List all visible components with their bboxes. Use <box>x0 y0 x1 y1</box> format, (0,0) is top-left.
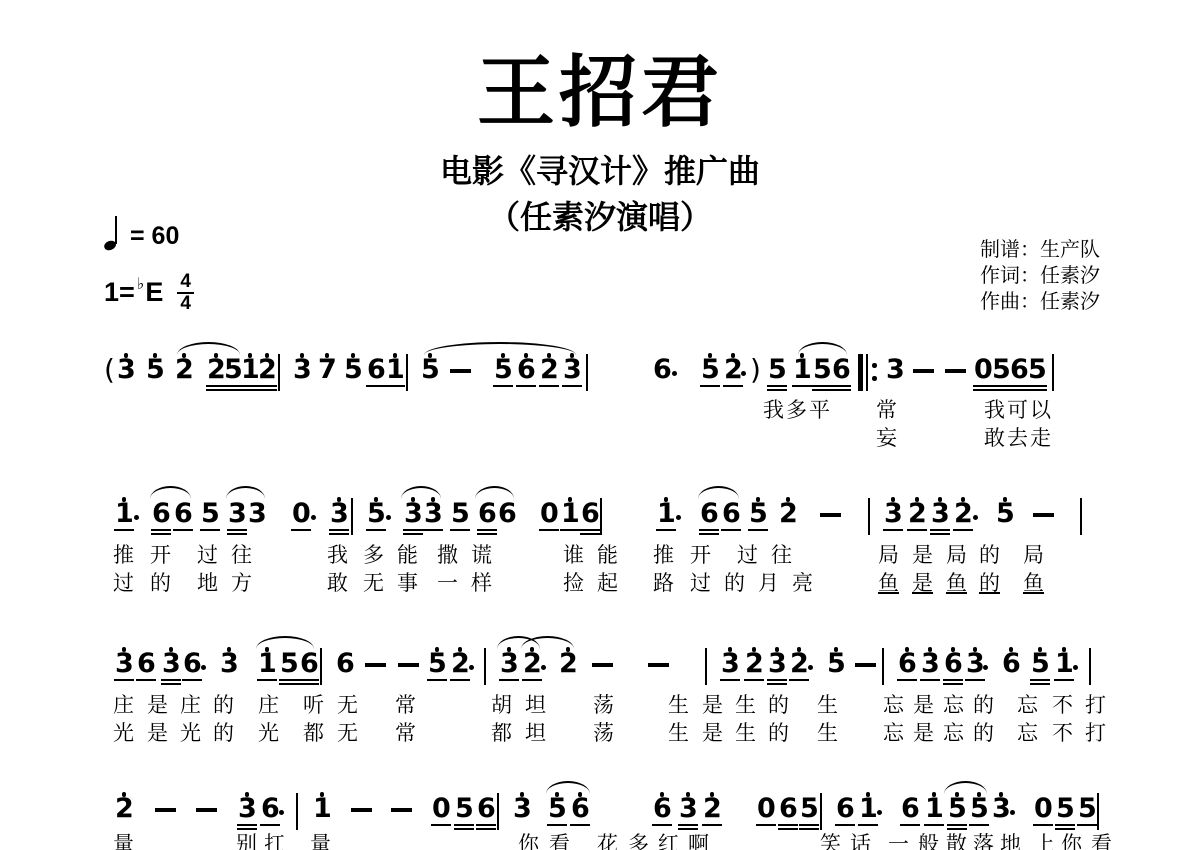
lyric-syllable: 都 <box>303 721 324 746</box>
barline <box>278 354 280 391</box>
lyric-syllable: 地 <box>1000 832 1021 850</box>
dash-note-extension <box>913 369 934 373</box>
augmentation-dot <box>741 371 746 376</box>
barline <box>882 648 884 685</box>
note-5: 5 <box>455 795 472 822</box>
note-2-high: 2 <box>790 650 807 677</box>
note-5-high: 5 <box>344 356 361 383</box>
barline <box>586 354 588 391</box>
augmentation-dot <box>201 665 206 670</box>
lyric-syllable: 往 <box>771 543 792 568</box>
score: (35225123756155623652)515630565我多平常我可以妄敢… <box>0 0 1200 850</box>
parenthesis: ) <box>750 356 760 384</box>
note-5-high: 5 <box>996 500 1013 527</box>
note-6-high: 6 <box>517 356 534 383</box>
lyric-syllable: 笑 <box>820 832 841 850</box>
barline <box>705 648 707 685</box>
barline <box>351 498 353 535</box>
note-5: 5 <box>224 356 241 383</box>
dash-note-extension <box>398 663 419 667</box>
note-5-high: 5 <box>827 650 844 677</box>
barline <box>600 498 602 535</box>
lyric-syllable: 敢 <box>327 571 348 596</box>
lyric-syllable: 话 <box>850 832 871 850</box>
note-6: 6 <box>300 650 317 677</box>
lyric-syllable: 别 <box>236 832 257 850</box>
lyric-syllable: 忘 <box>1017 721 1038 746</box>
lyric-syllable: 的 <box>979 571 1000 596</box>
note-1-high: 1 <box>241 356 258 383</box>
rest-0: 0 <box>540 500 557 527</box>
lyric-syllable: 是 <box>147 721 168 746</box>
lyric-syllable: 鱼 <box>946 571 967 596</box>
lyric-syllable: 的 <box>973 693 994 718</box>
lyric-syllable: 忘 <box>883 721 904 746</box>
note-6-high: 6 <box>898 650 915 677</box>
lyric-syllable: 多 <box>786 398 807 423</box>
lyric-syllable: 可 <box>1007 398 1028 423</box>
note-3-high: 3 <box>115 650 132 677</box>
lyric-syllable: 一 <box>888 832 909 850</box>
note-1-high: 1 <box>925 795 942 822</box>
note-5-high: 5 <box>749 500 766 527</box>
slur-arc <box>150 486 191 499</box>
lyric-syllable: 妄 <box>876 426 897 451</box>
note-6-high: 6 <box>653 795 670 822</box>
note-2-high: 2 <box>908 500 925 527</box>
note-5: 5 <box>992 356 1009 383</box>
barline <box>868 498 870 535</box>
note-3-high: 3 <box>238 795 255 822</box>
augmentation-dot <box>469 665 474 670</box>
note-3-high: 3 <box>966 650 983 677</box>
lyric-syllable: 往 <box>231 543 252 568</box>
note-3-high: 3 <box>992 795 1009 822</box>
lyric-syllable: 庄 <box>258 693 279 718</box>
rest-0: 0 <box>757 795 774 822</box>
note-5-high: 5 <box>421 356 438 383</box>
lyric-syllable: 无 <box>363 571 384 596</box>
barline <box>320 648 322 685</box>
note-2-high: 2 <box>745 650 762 677</box>
note-6: 6 <box>1010 356 1027 383</box>
note-3-high: 3 <box>921 650 938 677</box>
lyric-syllable: 忘 <box>1017 693 1038 718</box>
dash-note-extension <box>450 369 471 373</box>
lyric-syllable: 的 <box>724 571 745 596</box>
parenthesis: ( <box>104 356 114 384</box>
note-6-high: 6 <box>1002 650 1019 677</box>
note-2-high: 2 <box>703 795 720 822</box>
rest-0: 0 <box>1034 795 1051 822</box>
lyric-syllable: 光 <box>180 721 201 746</box>
lyric-syllable: 鱼 <box>1023 571 1044 596</box>
note-5: 5 <box>768 356 785 383</box>
lyric-syllable: 散 <box>946 832 967 850</box>
lyric-syllable: 的 <box>768 693 789 718</box>
note-6: 6 <box>836 795 853 822</box>
slur-arc <box>944 781 987 794</box>
note-3-high: 3 <box>117 356 134 383</box>
lyric-syllable: 生 <box>735 721 756 746</box>
barline <box>820 793 822 830</box>
note-6: 6 <box>700 500 717 527</box>
slur-arc <box>226 486 265 499</box>
lyric-syllable: 鱼 <box>878 571 899 596</box>
slur-arc <box>475 486 514 499</box>
note-6: 6 <box>336 650 353 677</box>
lyric-syllable: 你 <box>518 832 539 850</box>
dash-note-extension <box>365 663 386 667</box>
dash-note-extension <box>391 808 412 812</box>
barline <box>406 354 408 391</box>
slur-arc <box>546 781 590 794</box>
barline <box>1089 648 1091 685</box>
barline <box>484 648 486 685</box>
note-5: 5 <box>1028 356 1045 383</box>
slur-arc <box>177 342 240 355</box>
augmentation-dot <box>311 515 316 520</box>
dash-note-extension <box>945 369 966 373</box>
lyric-syllable: 的 <box>973 721 994 746</box>
augmentation-dot <box>808 665 813 670</box>
lyric-syllable: 走 <box>1030 426 1051 451</box>
lyric-syllable: 是 <box>702 721 723 746</box>
augmentation-dot <box>973 515 978 520</box>
note-5-high: 5 <box>367 500 384 527</box>
lyric-syllable: 上 <box>1034 832 1055 850</box>
note-2-high: 2 <box>540 356 557 383</box>
note-1-high: 1 <box>1055 650 1072 677</box>
lyric-syllable: 能 <box>597 543 618 568</box>
note-6: 6 <box>832 356 849 383</box>
note-3-high: 3 <box>768 650 785 677</box>
lyric-syllable: 平 <box>809 398 830 423</box>
augmentation-dot <box>279 810 284 815</box>
lyric-syllable: 多 <box>363 543 384 568</box>
note-2-high: 2 <box>451 650 468 677</box>
lyric-syllable: 落 <box>973 832 994 850</box>
note-6: 6 <box>779 795 796 822</box>
lyric-syllable: 过 <box>113 571 134 596</box>
lyric-syllable: 亮 <box>792 571 813 596</box>
repeat-begin-barline <box>858 354 878 391</box>
note-3-high: 3 <box>721 650 738 677</box>
lyric-syllable: 不 <box>1052 721 1073 746</box>
lyric-syllable: 路 <box>653 571 674 596</box>
lyric-syllable: 都 <box>491 721 512 746</box>
note-3-high: 3 <box>220 650 237 677</box>
lyric-syllable: 看 <box>549 832 570 850</box>
lyric-syllable: 打 <box>1085 721 1106 746</box>
lyric-syllable: 月 <box>758 571 779 596</box>
lyric-syllable: 啊 <box>688 832 709 850</box>
lyric-syllable: 光 <box>258 721 279 746</box>
note-3-high: 3 <box>884 500 901 527</box>
lyric-syllable: 事 <box>397 571 418 596</box>
note-1-high: 1 <box>258 650 275 677</box>
lyric-syllable: 是 <box>147 693 168 718</box>
note-6: 6 <box>901 795 918 822</box>
lyric-syllable: 看 <box>1091 832 1112 850</box>
note-2-high: 2 <box>779 500 796 527</box>
lyric-syllable: 庄 <box>180 693 201 718</box>
lyric-syllable: 是 <box>702 693 723 718</box>
lyric-syllable: 量 <box>113 832 134 850</box>
slur-arc <box>424 342 576 355</box>
note-3-high: 3 <box>931 500 948 527</box>
note-6: 6 <box>581 500 598 527</box>
note-1-high: 1 <box>115 500 132 527</box>
lyric-syllable: 听 <box>303 693 324 718</box>
lyric-syllable: 量 <box>310 832 331 850</box>
note-5-high: 5 <box>146 356 163 383</box>
augmentation-dot <box>541 665 546 670</box>
lyric-syllable: 去 <box>1007 426 1028 451</box>
note-1-high: 1 <box>386 356 403 383</box>
augmentation-dot <box>134 515 139 520</box>
barline <box>497 793 499 830</box>
note-1-high: 1 <box>859 795 876 822</box>
note-3: 3 <box>228 500 245 527</box>
lyric-syllable: 推 <box>113 543 134 568</box>
slur-arc <box>698 486 739 499</box>
note-5: 5 <box>813 356 830 383</box>
note-2-high: 2 <box>115 795 132 822</box>
note-3-high: 3 <box>563 356 580 383</box>
lyric-syllable: 我 <box>984 398 1005 423</box>
note-5-high: 5 <box>1031 650 1048 677</box>
lyric-syllable: 过 <box>690 571 711 596</box>
note-5-high: 5 <box>970 795 987 822</box>
lyric-syllable: 撒 <box>437 543 458 568</box>
lyric-syllable: 常 <box>395 693 416 718</box>
note-3-high: 3 <box>330 500 347 527</box>
note-6: 6 <box>137 650 154 677</box>
lyric-syllable: 局 <box>878 543 899 568</box>
slur-arc <box>256 636 314 649</box>
lyric-syllable: 胡 <box>491 693 512 718</box>
note-6: 6 <box>653 356 670 383</box>
note-6-high: 6 <box>571 795 588 822</box>
lyric-syllable: 荡 <box>593 721 614 746</box>
note-3-high: 3 <box>424 500 441 527</box>
note-5: 5 <box>1056 795 1073 822</box>
rest-0: 0 <box>432 795 449 822</box>
dash-note-extension <box>196 808 217 812</box>
lyric-syllable: 起 <box>597 571 618 596</box>
note-7-high: 7 <box>318 356 335 383</box>
note-3: 3 <box>248 500 265 527</box>
note-2-high: 2 <box>207 356 224 383</box>
lyric-syllable: 谁 <box>563 543 584 568</box>
lyric-syllable: 生 <box>735 693 756 718</box>
barline <box>1080 498 1082 535</box>
lyric-syllable: 花 <box>597 832 618 850</box>
augmentation-dot <box>676 515 681 520</box>
lyric-syllable: 坦 <box>525 721 546 746</box>
lyric-syllable: 常 <box>876 398 897 423</box>
note-2-high: 2 <box>523 650 540 677</box>
augmentation-dot <box>877 810 882 815</box>
note-2-high: 2 <box>258 356 275 383</box>
note-3-high: 3 <box>162 650 179 677</box>
note-5-high: 5 <box>548 795 565 822</box>
augmentation-dot <box>983 665 988 670</box>
lyric-syllable: 过 <box>197 543 218 568</box>
lyric-syllable: 不 <box>1052 693 1073 718</box>
note-5-high: 5 <box>494 356 511 383</box>
note-3-high: 3 <box>513 795 530 822</box>
note-6: 6 <box>183 650 200 677</box>
note-5: 5 <box>1078 795 1095 822</box>
note-6: 6 <box>722 500 739 527</box>
lyric-syllable: 坦 <box>525 693 546 718</box>
lyric-syllable: 忘 <box>943 693 964 718</box>
lyric-syllable: 庄 <box>113 693 134 718</box>
lyric-syllable: 谎 <box>471 543 492 568</box>
barline <box>1052 354 1054 391</box>
barline <box>1097 793 1099 830</box>
lyric-syllable: 的 <box>213 721 234 746</box>
rest-0: 0 <box>292 500 309 527</box>
dash-note-extension <box>1033 513 1054 517</box>
note-5: 5 <box>451 500 468 527</box>
lyric-syllable: 无 <box>337 693 358 718</box>
sheet-music-page: 王招君 电影《寻汉计》推广曲 （任素汐演唱） = 60 1=♭E 44 制谱：生… <box>0 0 1200 850</box>
note-6: 6 <box>261 795 278 822</box>
lyric-syllable: 是 <box>913 693 934 718</box>
dash-note-extension <box>855 663 876 667</box>
note-6: 6 <box>498 500 515 527</box>
lyric-syllable: 的 <box>213 693 234 718</box>
lyric-syllable: 生 <box>668 693 689 718</box>
lyric-syllable: 生 <box>668 721 689 746</box>
lyric-syllable: 你 <box>1061 832 1082 850</box>
note-5: 5 <box>280 650 297 677</box>
lyric-syllable: 的 <box>768 721 789 746</box>
lyric-syllable: 能 <box>397 543 418 568</box>
dash-note-extension <box>351 808 372 812</box>
augmentation-dot <box>672 371 677 376</box>
lyric-syllable: 般 <box>918 832 939 850</box>
note-5: 5 <box>800 795 817 822</box>
note-1-high: 1 <box>561 500 578 527</box>
augmentation-dot <box>386 515 391 520</box>
note-3-high: 3 <box>404 500 421 527</box>
lyric-syllable: 开 <box>690 543 711 568</box>
note-5: 5 <box>201 500 218 527</box>
slur-arc <box>401 486 441 499</box>
note-6: 6 <box>174 500 191 527</box>
lyric-syllable: 生 <box>817 693 838 718</box>
lyric-syllable: 开 <box>150 543 171 568</box>
lyric-syllable: 局 <box>946 543 967 568</box>
dash-note-extension <box>592 663 613 667</box>
slur-arc <box>798 342 847 355</box>
lyric-syllable: 光 <box>113 721 134 746</box>
note-2-high: 2 <box>175 356 192 383</box>
rest-0: 0 <box>974 356 991 383</box>
lyric-syllable: 样 <box>471 571 492 596</box>
lyric-syllable: 以 <box>1030 398 1051 423</box>
lyric-syllable: 一 <box>437 571 458 596</box>
lyric-syllable: 敢 <box>984 426 1005 451</box>
lyric-syllable: 是 <box>912 543 933 568</box>
note-1-high: 1 <box>313 795 330 822</box>
lyric-syllable: 是 <box>913 721 934 746</box>
note-3: 3 <box>886 356 903 383</box>
lyric-syllable: 忘 <box>883 693 904 718</box>
augmentation-dot <box>1073 665 1078 670</box>
note-1-high: 1 <box>793 356 810 383</box>
note-3-high: 3 <box>679 795 696 822</box>
lyric-syllable: 打 <box>1085 693 1106 718</box>
note-6: 6 <box>152 500 169 527</box>
lyric-syllable: 忘 <box>943 721 964 746</box>
lyric-syllable: 捡 <box>563 571 584 596</box>
note-2-high: 2 <box>724 356 741 383</box>
note-3-high: 3 <box>500 650 517 677</box>
lyric-syllable: 的 <box>150 571 171 596</box>
lyric-syllable: 推 <box>653 543 674 568</box>
note-2-high: 2 <box>954 500 971 527</box>
note-6-high: 6 <box>944 650 961 677</box>
lyric-syllable: 荡 <box>593 693 614 718</box>
lyric-syllable: 是 <box>912 571 933 596</box>
lyric-syllable: 扛 <box>264 832 285 850</box>
note-5-high: 5 <box>428 650 445 677</box>
lyric-syllable: 的 <box>979 543 1000 568</box>
augmentation-dot <box>1010 810 1015 815</box>
lyric-syllable: 地 <box>197 571 218 596</box>
note-3-high: 3 <box>293 356 310 383</box>
lyric-syllable: 我 <box>327 543 348 568</box>
dash-note-extension <box>648 663 669 667</box>
note-6: 6 <box>478 500 495 527</box>
note-6: 6 <box>367 356 384 383</box>
note-5-high: 5 <box>701 356 718 383</box>
note-6: 6 <box>477 795 494 822</box>
note-2-high: 2 <box>559 650 576 677</box>
note-1-high: 1 <box>657 500 674 527</box>
dash-note-extension <box>155 808 176 812</box>
lyric-syllable: 生 <box>817 721 838 746</box>
lyric-syllable: 过 <box>737 543 758 568</box>
lyric-syllable: 局 <box>1023 543 1044 568</box>
lyric-syllable: 方 <box>231 571 252 596</box>
lyric-syllable: 常 <box>395 721 416 746</box>
lyric-syllable: 红 <box>658 832 679 850</box>
lyric-syllable: 无 <box>337 721 358 746</box>
lyric-syllable: 我 <box>763 398 784 423</box>
note-5-high: 5 <box>948 795 965 822</box>
barline <box>296 793 298 830</box>
dash-note-extension <box>820 513 841 517</box>
lyric-syllable: 多 <box>628 832 649 850</box>
